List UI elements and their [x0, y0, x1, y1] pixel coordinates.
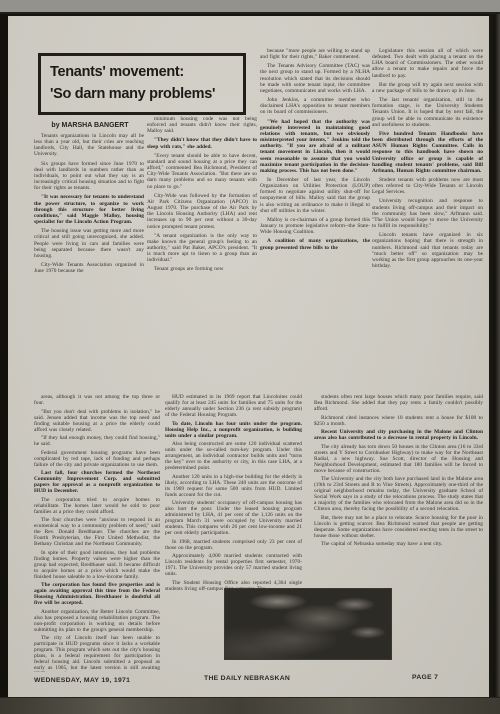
scan-edge-bottom: [0, 697, 500, 714]
article-paragraph: The city of Lincoln itself has been unab…: [34, 635, 160, 672]
page-footer: WEDNESDAY, MAY 19, 1971 THE DAILY NEBRAS…: [8, 674, 489, 688]
byline: by MARSHA BANGERT: [34, 122, 146, 129]
article-paragraph: Recent University and city purchasing in…: [314, 429, 483, 441]
bottom-article-column-2: HUD estimated in its 1969 report that Li…: [165, 394, 302, 602]
article-paragraph: Tenant groups are forming now: [147, 266, 257, 272]
article-paragraph: The last tenants' organization, still in…: [372, 97, 483, 128]
scan-edge-right: [489, 14, 500, 714]
article-paragraph: The corporation tried to acquire homes t…: [34, 497, 160, 515]
article-paragraph: minimum housing code was not being enfor…: [147, 116, 257, 134]
article-paragraph: Richmond cited instances where 10 studen…: [314, 415, 483, 427]
article-paragraph: "We had hoped that the authority was gen…: [260, 119, 370, 174]
article-paragraph: A coalition of many organizations, the g…: [260, 238, 370, 250]
article-paragraph: because "more people are willing to stan…: [260, 48, 370, 60]
bottom-article-column-1: areas, although it was not among the top…: [34, 394, 160, 672]
article-paragraph: "If they had enough money, they could fi…: [34, 435, 160, 447]
article-paragraph: Student tenants with problems now are mo…: [372, 177, 483, 195]
article-paragraph: Federal government housing programs have…: [34, 450, 160, 468]
top-article-column-3: because "more people are willing to stan…: [260, 48, 370, 353]
article-paragraph: areas, although it was not among the top…: [34, 394, 160, 406]
article-paragraph: "It was necessary for tenants to underst…: [34, 194, 144, 225]
article-paragraph: John Jenkins, a committee member who dis…: [260, 97, 370, 115]
article-paragraph: The corporation has found five propertie…: [34, 582, 160, 606]
article-paragraph: The city already has torn down 50 houses…: [314, 444, 483, 474]
article-paragraph: HUD estimated in its 1969 report that Li…: [165, 394, 302, 418]
article-paragraph: The housing issue was getting more and m…: [34, 228, 144, 259]
article-paragraph: University students' occupancy of off-ca…: [165, 500, 302, 536]
article-paragraph: Approximately 4,000 married students con…: [165, 553, 302, 577]
headline-line2: 'So darn many problems': [50, 83, 235, 105]
footer-newspaper-title: THE DAILY NEBRASKAN: [204, 675, 290, 682]
article-paragraph: City-Wide was followed by the formation …: [147, 193, 257, 230]
article-paragraph: "A tenant organization is the only way t…: [147, 233, 257, 264]
article-paragraph: "They didn't know that they didn't have …: [147, 137, 257, 149]
bottom-article-column-3: students often rent large houses which m…: [314, 394, 483, 594]
article-paragraph: To date, Lincoln has four units under th…: [165, 421, 302, 439]
article-paragraph: The University and the city both have pu…: [314, 476, 483, 512]
article-paragraph: University recognition and response to s…: [372, 198, 483, 229]
article-paragraph: "Every tenant should be able to have dec…: [147, 153, 257, 190]
article-paragraph: In 1968, married students comprised only…: [165, 539, 302, 551]
article-paragraph: In spite of their good intentions, they …: [34, 550, 160, 580]
article-paragraph: Malloy is co-chairman of a group formed …: [260, 217, 370, 235]
footer-date: WEDNESDAY, MAY 19, 1971: [34, 677, 130, 684]
article-paragraph: Also being constructed are some 120 indi…: [165, 441, 302, 471]
article-paragraph: The Tenants Advisory Committee (TAC) was…: [260, 63, 370, 94]
news-photo: [225, 589, 391, 659]
article-paragraph: Lincoln tenants have organized in six or…: [372, 232, 483, 269]
article-paragraph: Another 120 units in a high-rise buildin…: [165, 474, 302, 498]
article-paragraph: Five hundred Tenants Handbooks have been…: [372, 131, 483, 174]
article-paragraph: Six groups have formed since June 1970 t…: [34, 161, 144, 192]
scan-edge-top: [0, 0, 500, 14]
article-paragraph: The capital of Nebraska someday may have…: [314, 541, 483, 547]
footer-page-number: PAGE 7: [412, 674, 438, 681]
article-paragraph: But the group will try again next sessio…: [372, 82, 483, 94]
article-paragraph: But, there may not be a place to relocat…: [314, 515, 483, 539]
article-paragraph: In December of last year, the Lincoln Or…: [260, 177, 370, 214]
headline-box: Tenants' movement: 'So darn many problem…: [38, 53, 246, 115]
newspaper-page: Tenants' movement: 'So darn many problem…: [8, 16, 489, 697]
newspaper-scan: Tenants' movement: 'So darn many problem…: [0, 0, 500, 714]
article-paragraph: Legislature this session all of which we…: [372, 48, 483, 79]
scan-edge-left: [0, 14, 8, 714]
top-article-column-4: Legislature this session all of which we…: [372, 48, 483, 358]
top-article-column-1: Tenants organizations in Lincoln may all…: [34, 133, 144, 301]
article-paragraph: students often rent large houses which m…: [314, 394, 483, 412]
article-paragraph: Another organization, the Better Lincoln…: [34, 609, 160, 633]
article-paragraph: The four churches were "anxious to respo…: [34, 517, 160, 547]
article-paragraph: City-Wide Tenants Association organized …: [34, 262, 144, 274]
article-paragraph: "But you don't deal with problems in iso…: [34, 409, 160, 433]
top-article-column-2: minimum housing code was not being enfor…: [147, 116, 257, 303]
article-paragraph: Last fall, four churches formed the Nort…: [34, 470, 160, 494]
article-paragraph: Tenants organizations in Lincoln may all…: [34, 133, 144, 158]
headline-line1: Tenants' movement:: [50, 61, 235, 83]
